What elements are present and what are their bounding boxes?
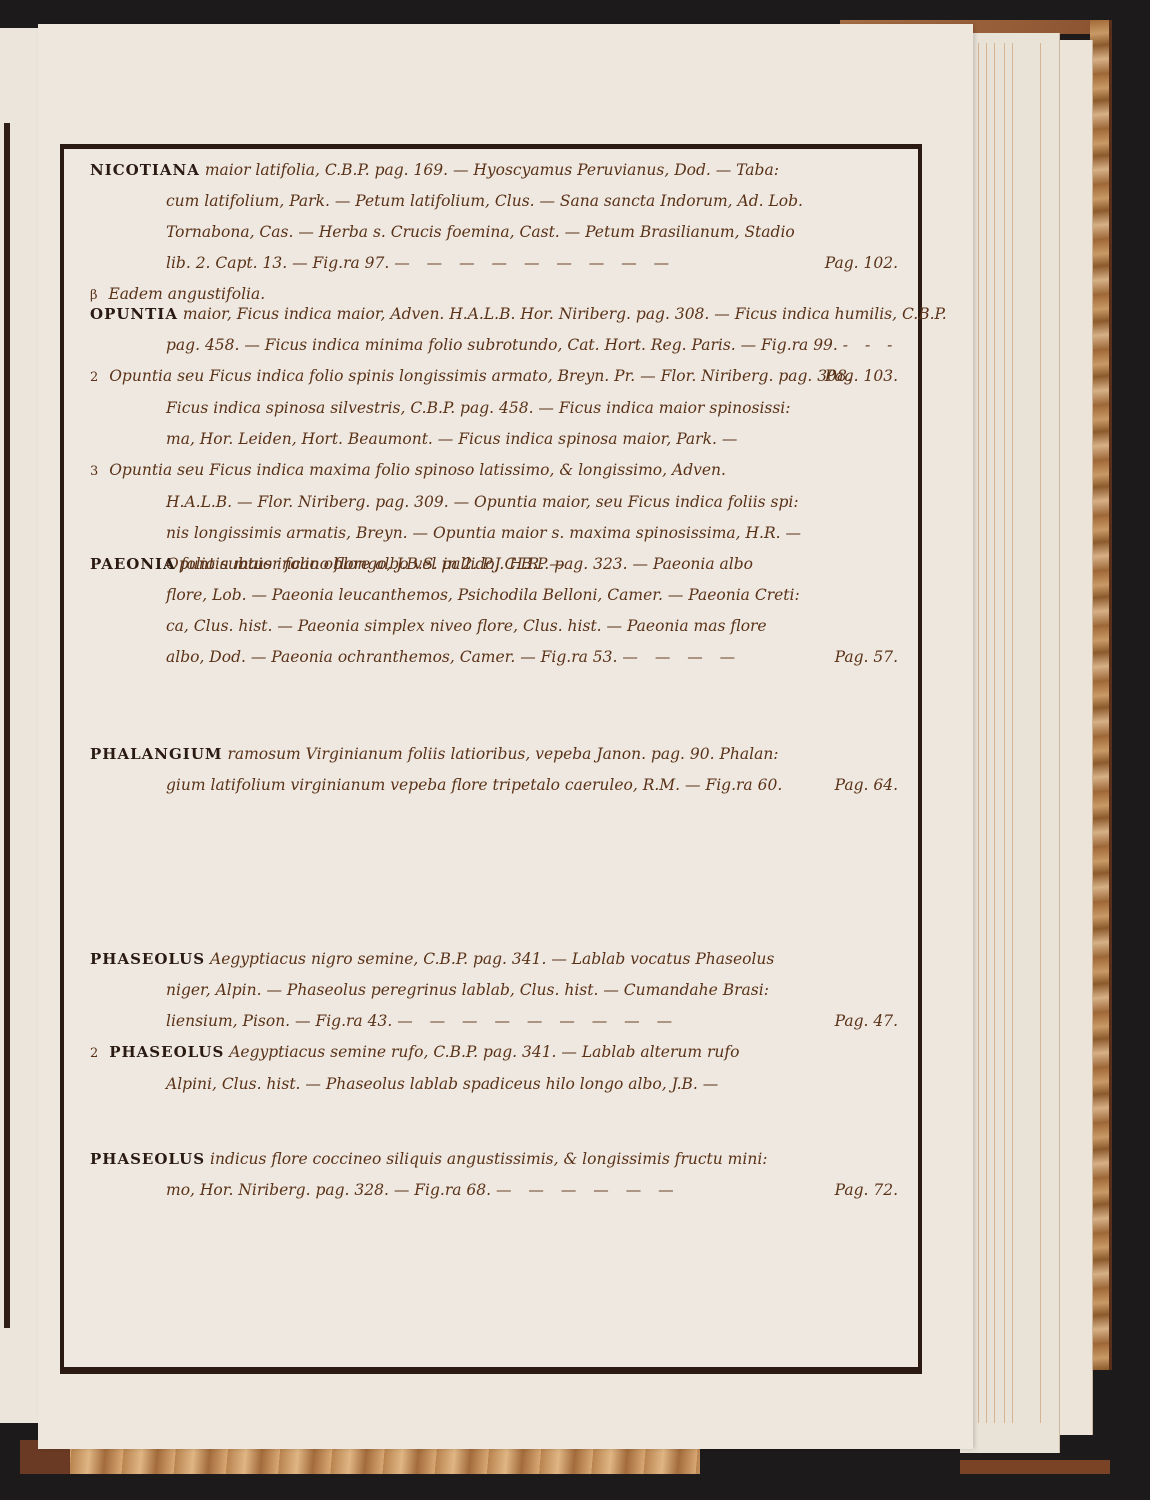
headword: NICOTIANA xyxy=(90,161,200,179)
variant-line: H.A.L.B. — Flor. Niriberg. pag. 309. — O… xyxy=(90,487,898,518)
entry-line: flore, Lob. — Paeonia leucanthemos, Psic… xyxy=(90,580,898,611)
variant-line: Opuntia seu Ficus indica maxima folio sp… xyxy=(109,461,726,479)
entry-line: liensium, Pison. — Fig.ra 43. xyxy=(166,1012,392,1030)
entry-line: indicus flore coccineo siliquis angustis… xyxy=(210,1150,768,1168)
entry-phalangium: PHALANGIUM ramosum Virginianum foliis la… xyxy=(90,739,898,801)
variant-mark: 3 xyxy=(90,464,98,479)
variant-mark: 2 xyxy=(90,370,98,385)
entry-line: albo, Dod. — Paeonia ochranthemos, Camer… xyxy=(166,648,617,666)
page-edge-line xyxy=(978,43,979,1423)
page-edge-line xyxy=(994,43,995,1423)
leader-dashes: — — — — — — — — — xyxy=(394,254,675,272)
headword: PHASEOLUS xyxy=(90,1150,205,1168)
headword: OPUNTIA xyxy=(90,305,178,323)
page-reference: Pag. 102. xyxy=(825,248,898,279)
leader-dashes: — — — — — — xyxy=(496,1181,680,1199)
page-reference: Pag. 72. xyxy=(835,1175,898,1206)
variant-headword: PHASEOLUS xyxy=(109,1043,224,1061)
entry-line: folio subtus incano flore albo vel palli… xyxy=(181,555,753,573)
variant-line: ma, Hor. Leiden, Hort. Beaumont. — Ficus… xyxy=(90,424,898,455)
entry-line: Aegyptiacus nigro semine, C.B.P. pag. 34… xyxy=(210,950,774,968)
leader-dashes: - - - xyxy=(843,336,899,354)
variant-mark: 2 xyxy=(90,1046,98,1061)
entry-line: ca, Clus. hist. — Paeonia simplex niveo … xyxy=(90,611,898,642)
page-edge-line xyxy=(1040,43,1041,1423)
variant-line: Opuntia seu Ficus indica folio spinis lo… xyxy=(109,367,852,385)
page-stack-edges xyxy=(960,33,1060,1453)
manuscript-page: NICOTIANA maior latifolia, C.B.P. pag. 1… xyxy=(38,24,973,1449)
variant-line: nis longissimis armatis, Breyn. — Opunti… xyxy=(90,518,898,549)
headword: PHASEOLUS xyxy=(90,950,205,968)
entry-line: maior latifolia, C.B.P. pag. 169. — Hyos… xyxy=(205,161,779,179)
page-edge-line xyxy=(1004,43,1005,1423)
entry-line: cum latifolium, Park. — Petum latifolium… xyxy=(90,186,898,217)
variant-line: Alpini, Clus. hist. — Phaseolus lablab s… xyxy=(90,1069,898,1100)
headword: PHALANGIUM xyxy=(90,745,223,763)
leader-dashes: — — — — xyxy=(622,648,741,666)
entry-line: ramosum Virginianum foliis latioribus, v… xyxy=(227,745,778,763)
entry-line: maior, Ficus indica maior, Adven. H.A.L.… xyxy=(183,305,947,323)
bordered-index-slip: NICOTIANA maior latifolia, C.B.P. pag. 1… xyxy=(60,144,922,1374)
entry-nicotiana: NICOTIANA maior latifolia, C.B.P. pag. 1… xyxy=(90,155,898,311)
page-reference: Pag. 47. xyxy=(835,1006,898,1037)
variant-line: Aegyptiacus semine rufo, C.B.P. pag. 341… xyxy=(229,1043,739,1061)
previous-page-edge xyxy=(0,28,40,1423)
page-stack-outer-edge xyxy=(1055,40,1093,1435)
page-edge-line xyxy=(986,43,987,1423)
entry-line: Tornabona, Cas. — Herba s. Crucis foemin… xyxy=(90,217,898,248)
leader-dashes: — — — — — — — — — xyxy=(397,1012,678,1030)
variant-line: Ficus indica spinosa silvestris, C.B.P. … xyxy=(90,393,898,424)
page-reference: Pag. 64. xyxy=(835,770,898,801)
page-reference: Pag. 57. xyxy=(835,642,898,673)
entry-opuntia: OPUNTIA maior, Ficus indica maior, Adven… xyxy=(90,299,898,580)
previous-page-frame-line xyxy=(4,123,10,1328)
entry-line: mo, Hor. Niriberg. pag. 328. — Fig.ra 68… xyxy=(166,1181,491,1199)
entry-line: lib. 2. Capt. 13. — Fig.ra 97. xyxy=(166,254,389,272)
page-edge-line xyxy=(1012,43,1013,1423)
entry-phaseolus-indicus: PHASEOLUS indicus flore coccineo siliqui… xyxy=(90,1144,898,1206)
entry-line: niger, Alpin. — Phaseolus peregrinus lab… xyxy=(90,975,898,1006)
book-cover-bottom-right xyxy=(960,1460,1110,1474)
headword: PAEONIA xyxy=(90,555,176,573)
entry-paeonia: PAEONIA folio subtus incano flore albo v… xyxy=(90,549,898,673)
book-cover-marbled-edge xyxy=(1090,20,1112,1370)
entry-line: gium latifolium virginianum vepeba flore… xyxy=(166,776,782,794)
entry-line: pag. 458. — Ficus indica minima folio su… xyxy=(166,336,838,354)
entry-phaseolus-aegyptiacus: PHASEOLUS Aegyptiacus nigro semine, C.B.… xyxy=(90,944,898,1100)
